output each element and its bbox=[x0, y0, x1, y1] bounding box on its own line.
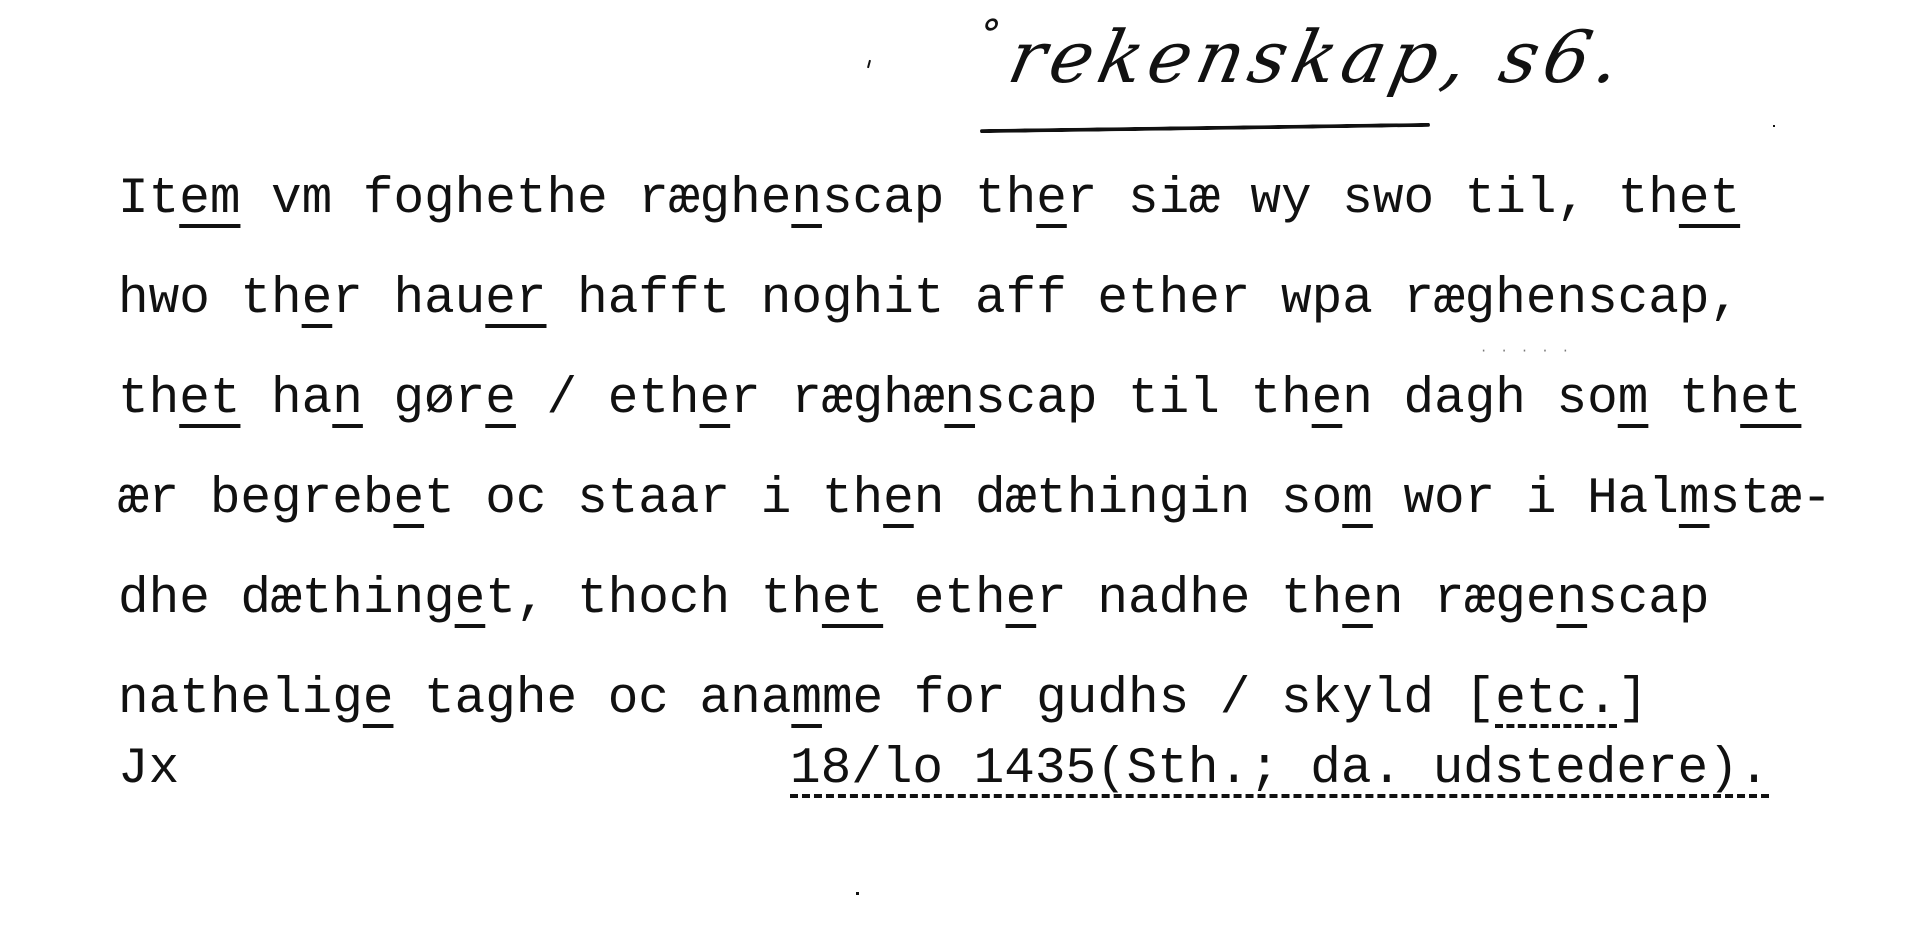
text-segment: nathelig bbox=[118, 671, 363, 728]
stray-dot bbox=[856, 892, 859, 895]
text-segment: ha bbox=[240, 371, 332, 428]
underlined-expansion: e bbox=[393, 471, 424, 528]
text-segment: taghe oc ana bbox=[393, 671, 791, 728]
stray-mark bbox=[867, 60, 871, 68]
text-segment: hwo th bbox=[118, 271, 302, 328]
underlined-expansion: et bbox=[179, 371, 240, 428]
underlined-expansion: et bbox=[1740, 371, 1801, 428]
text-segment: ] bbox=[1618, 671, 1649, 728]
text-line: dhe dæthinget, thoch thet ether nadhe th… bbox=[118, 550, 1832, 650]
stray-dot bbox=[1773, 125, 1775, 127]
text-segment: n ræge bbox=[1373, 571, 1557, 628]
underlined-expansion: e bbox=[363, 671, 394, 728]
handwritten-headword: °rekenskap, s6. bbox=[966, 12, 1635, 99]
underlined-expansion: n bbox=[791, 171, 822, 228]
text-segment: th bbox=[118, 371, 179, 428]
text-segment: me for gudhs / skyld [ bbox=[822, 671, 1495, 728]
underlined-expansion: n bbox=[944, 371, 975, 428]
underlined-expansion: et bbox=[1679, 171, 1740, 228]
citation-row: Jx 18/lo 1435(Sth.; da. udstedere). bbox=[118, 730, 1832, 810]
source-citation: 18/lo 1435(Sth.; da. udstedere). bbox=[790, 730, 1769, 810]
underlined-expansion: em bbox=[179, 171, 240, 228]
headword-text: rekenskap, s6. bbox=[1002, 15, 1635, 99]
text-segment: r hau bbox=[332, 271, 485, 328]
underlined-expansion: m bbox=[791, 671, 822, 728]
text-segment: wor i Hal bbox=[1373, 471, 1679, 528]
text-segment: r ræghæ bbox=[730, 371, 944, 428]
text-segment: / eth bbox=[516, 371, 700, 428]
underlined-expansion: e bbox=[455, 571, 486, 628]
underlined-expansion: e bbox=[1036, 171, 1067, 228]
text-line: ær begrebet oc staar i then dæthingin so… bbox=[118, 450, 1832, 550]
typed-text-block: Item vm foghethe ræghenscap ther siæ wy … bbox=[118, 150, 1832, 810]
underlined-expansion: m bbox=[1679, 471, 1710, 528]
underlined-expansion: n bbox=[1556, 571, 1587, 628]
underlined-expansion: e bbox=[700, 371, 731, 428]
degree-mark: ° bbox=[974, 12, 1010, 58]
underlined-expansion: er bbox=[485, 271, 546, 328]
dashed-underlined-text: etc. bbox=[1495, 671, 1617, 728]
underlined-expansion: m bbox=[1342, 471, 1373, 528]
text-segment: n dagh so bbox=[1342, 371, 1617, 428]
text-line: hwo ther hauer hafft noghit aff ether wp… bbox=[118, 250, 1832, 350]
text-segment: stæ- bbox=[1710, 471, 1832, 528]
text-segment: r siæ wy swo til, th bbox=[1067, 171, 1679, 228]
text-segment: t, thoch th bbox=[485, 571, 822, 628]
text-line: thet han gøre / ether ræghænscap til the… bbox=[118, 350, 1832, 450]
underlined-expansion: n bbox=[332, 371, 363, 428]
text-segment: scap th bbox=[822, 171, 1036, 228]
text-segment: ær begreb bbox=[118, 471, 393, 528]
initials: Jx bbox=[118, 730, 179, 810]
text-segment: n dæthingin so bbox=[914, 471, 1342, 528]
underlined-expansion: e bbox=[883, 471, 914, 528]
text-segment: gør bbox=[363, 371, 485, 428]
text-segment: th bbox=[1648, 371, 1740, 428]
underlined-expansion: e bbox=[1312, 371, 1343, 428]
text-segment: scap til th bbox=[975, 371, 1312, 428]
text-segment: hafft noghit aff ether wpa ræghenscap, bbox=[547, 271, 1741, 328]
text-segment: scap bbox=[1587, 571, 1709, 628]
underlined-expansion: e bbox=[1342, 571, 1373, 628]
text-segment: r nadhe th bbox=[1036, 571, 1342, 628]
text-line: Item vm foghethe ræghenscap ther siæ wy … bbox=[118, 150, 1832, 250]
text-segment: dhe dæthing bbox=[118, 571, 455, 628]
text-segment: t oc staar i th bbox=[424, 471, 883, 528]
underlined-expansion: e bbox=[1006, 571, 1037, 628]
underlined-expansion: e bbox=[302, 271, 333, 328]
underlined-expansion: e bbox=[485, 371, 516, 428]
underlined-expansion: m bbox=[1618, 371, 1649, 428]
text-segment: vm foghethe ræghe bbox=[240, 171, 791, 228]
text-segment: eth bbox=[883, 571, 1005, 628]
text-segment: It bbox=[118, 171, 179, 228]
underlined-expansion: et bbox=[822, 571, 883, 628]
headword-underline bbox=[980, 123, 1430, 133]
